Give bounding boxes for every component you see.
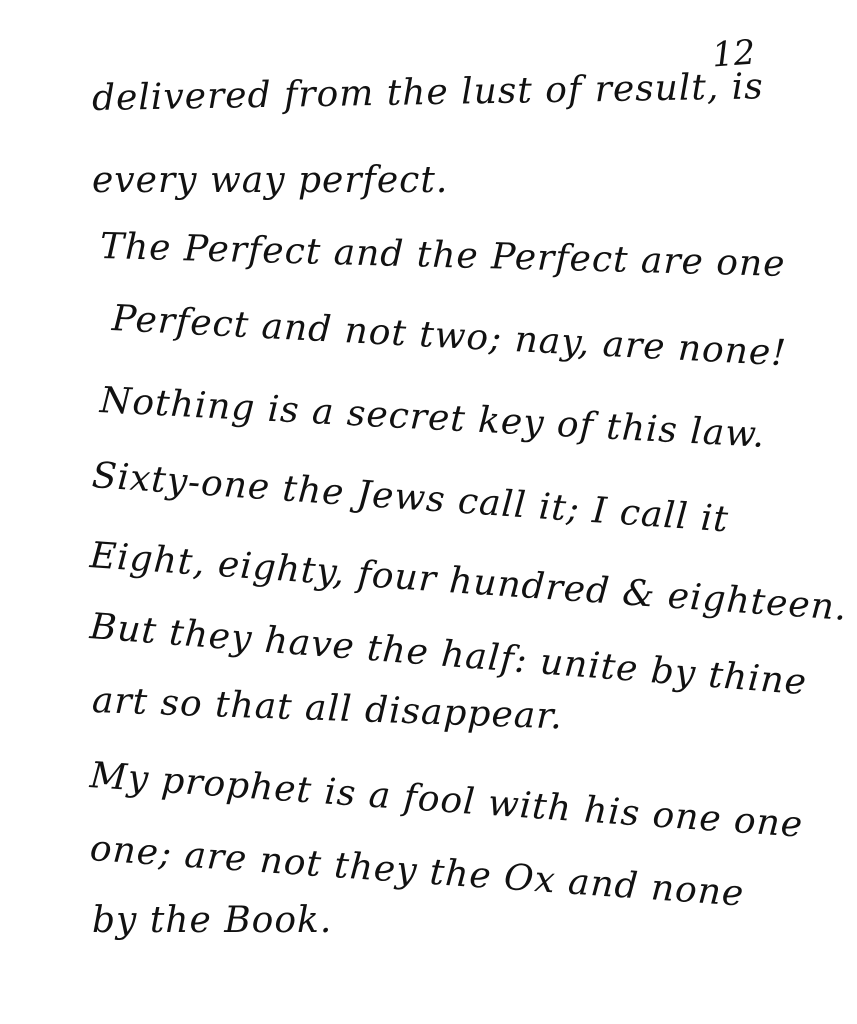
text-line-2: every way perfect.: [92, 160, 448, 201]
text-line-10: My prophet is a fool with his one one: [89, 755, 805, 846]
text-line-12: by the Book.: [92, 900, 332, 941]
text-line-3: The Perfect and the Perfect are one: [99, 226, 786, 285]
text-line-4: Perfect and not two; nay, are none!: [111, 298, 788, 374]
manuscript-page: 12 delivered from the lust of result, is…: [0, 0, 857, 1024]
text-line-5: Nothing is a secret key of this law.: [99, 380, 766, 456]
text-line-6: Sixty-one the Jews call it; I call it: [91, 455, 731, 540]
text-line-1: delivered from the lust of result, is: [92, 66, 764, 119]
text-line-9: art so that all disappear.: [91, 680, 563, 737]
